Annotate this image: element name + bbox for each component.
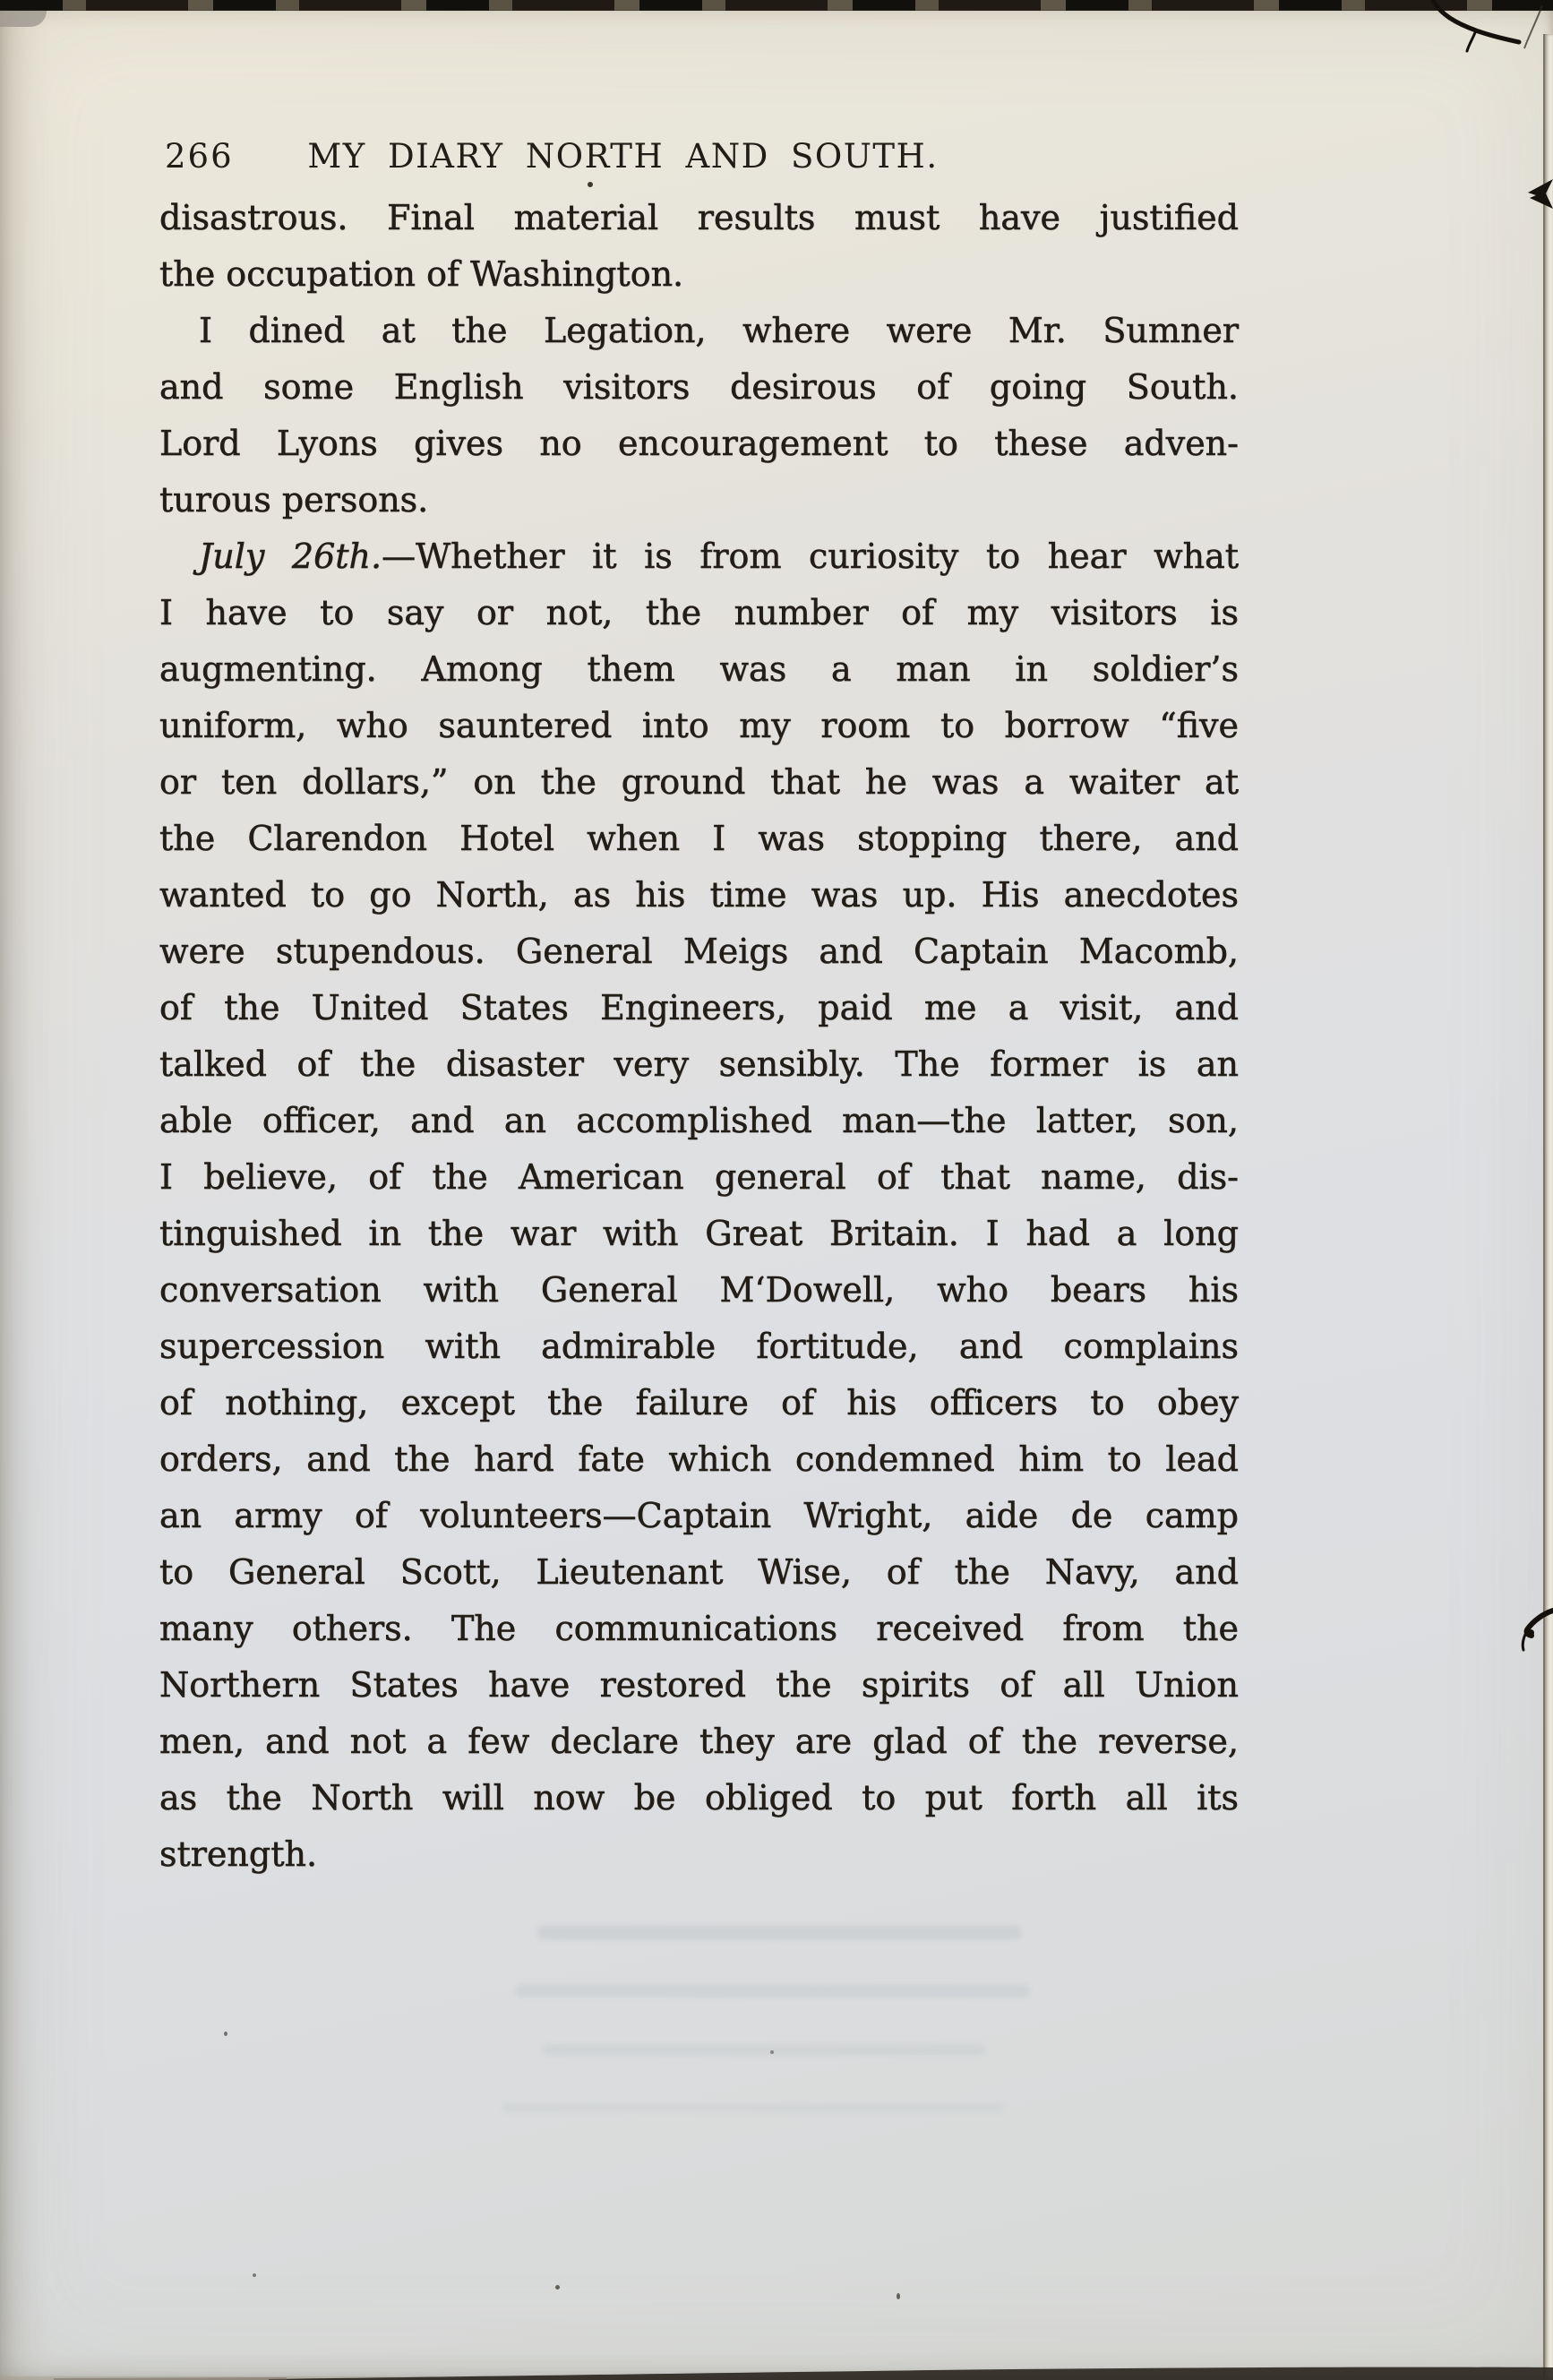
text-line: disastrous. Final material results must … xyxy=(159,190,1239,246)
show-through-smudge xyxy=(542,2044,985,2056)
text-line: of nothing, except the failure of his of… xyxy=(159,1375,1239,1431)
text-line: an army of volunteers—Captain Wright, ai… xyxy=(159,1488,1239,1544)
text-line: July 26th.—Whether it is from curiosity … xyxy=(159,528,1239,585)
text-line: or ten dollars,” on the ground that he w… xyxy=(159,754,1239,811)
text-line: as the North will now be obliged to put … xyxy=(159,1770,1239,1826)
page-number: 266 xyxy=(165,136,234,177)
running-head: 266 MY DIARY NORTH AND SOUTH. xyxy=(159,136,1239,177)
ink-blot-right-edge xyxy=(1523,172,1553,215)
running-title: MY DIARY NORTH AND SOUTH. xyxy=(159,136,1239,177)
top-scan-edge xyxy=(0,0,1553,11)
right-page-edge xyxy=(1543,34,1553,2380)
text-line: tinguished in the war with Great Britain… xyxy=(159,1206,1239,1262)
text-line: talked of the disaster very sensibly. Th… xyxy=(159,1036,1239,1093)
text-line: augmenting. Among them was a man in sold… xyxy=(159,641,1239,698)
text-line: Northern States have restored the spirit… xyxy=(159,1657,1239,1714)
text-line: the occupation of Washington. xyxy=(159,246,1239,303)
text-line: orders, and the hard fate which condemne… xyxy=(159,1431,1239,1488)
scanned-book-page: 266 MY DIARY NORTH AND SOUTH. disastrous… xyxy=(0,0,1553,2380)
text-line: I dined at the Legation, where were Mr. … xyxy=(159,303,1239,359)
text-line: men, and not a few declare they are glad… xyxy=(159,1714,1239,1770)
text-line: uniform, who sauntered into my room to b… xyxy=(159,698,1239,754)
text-line: I believe, of the American general of th… xyxy=(159,1149,1239,1206)
text-line: strength. xyxy=(159,1826,1239,1883)
ink-speck xyxy=(897,2293,900,2299)
text-block: disastrous. Final material results must … xyxy=(159,190,1239,1883)
ink-speck xyxy=(770,2050,774,2054)
ink-speck xyxy=(555,2285,560,2290)
text-line: turous persons. xyxy=(159,472,1239,528)
corner-crack-mark xyxy=(1392,0,1553,64)
ink-hook-right-edge xyxy=(1515,1605,1553,1655)
text-line: supercession with admirable fortitude, a… xyxy=(159,1319,1239,1375)
text-line: were stupendous. General Meigs and Capta… xyxy=(159,924,1239,980)
ink-speck xyxy=(588,182,593,187)
text-line: Lord Lyons gives no encouragement to the… xyxy=(159,416,1239,472)
show-through-smudge xyxy=(515,1984,1030,1998)
text-line: to General Scott, Lieutenant Wise, of th… xyxy=(159,1544,1239,1601)
text-line: of the United States Engineers, paid me … xyxy=(159,980,1239,1036)
ink-speck xyxy=(224,2032,227,2036)
text-line: wanted to go North, as his time was up. … xyxy=(159,867,1239,924)
ink-speck xyxy=(253,2273,256,2277)
text-line: I have to say or not, the number of my v… xyxy=(159,585,1239,641)
text-line: the Clarendon Hotel when I was stopping … xyxy=(159,811,1239,867)
text-line: conversation with General M‘Dowell, who … xyxy=(159,1262,1239,1319)
text-line: able officer, and an accomplished man—th… xyxy=(159,1093,1239,1149)
diary-date: July 26th. xyxy=(199,537,382,576)
bottom-scan-edge xyxy=(0,2362,1553,2380)
text-line: many others. The communications received… xyxy=(159,1601,1239,1657)
show-through-smudge xyxy=(502,2103,1003,2113)
text-line: and some English visitors desirous of go… xyxy=(159,359,1239,416)
show-through-smudge xyxy=(537,1926,1021,1939)
